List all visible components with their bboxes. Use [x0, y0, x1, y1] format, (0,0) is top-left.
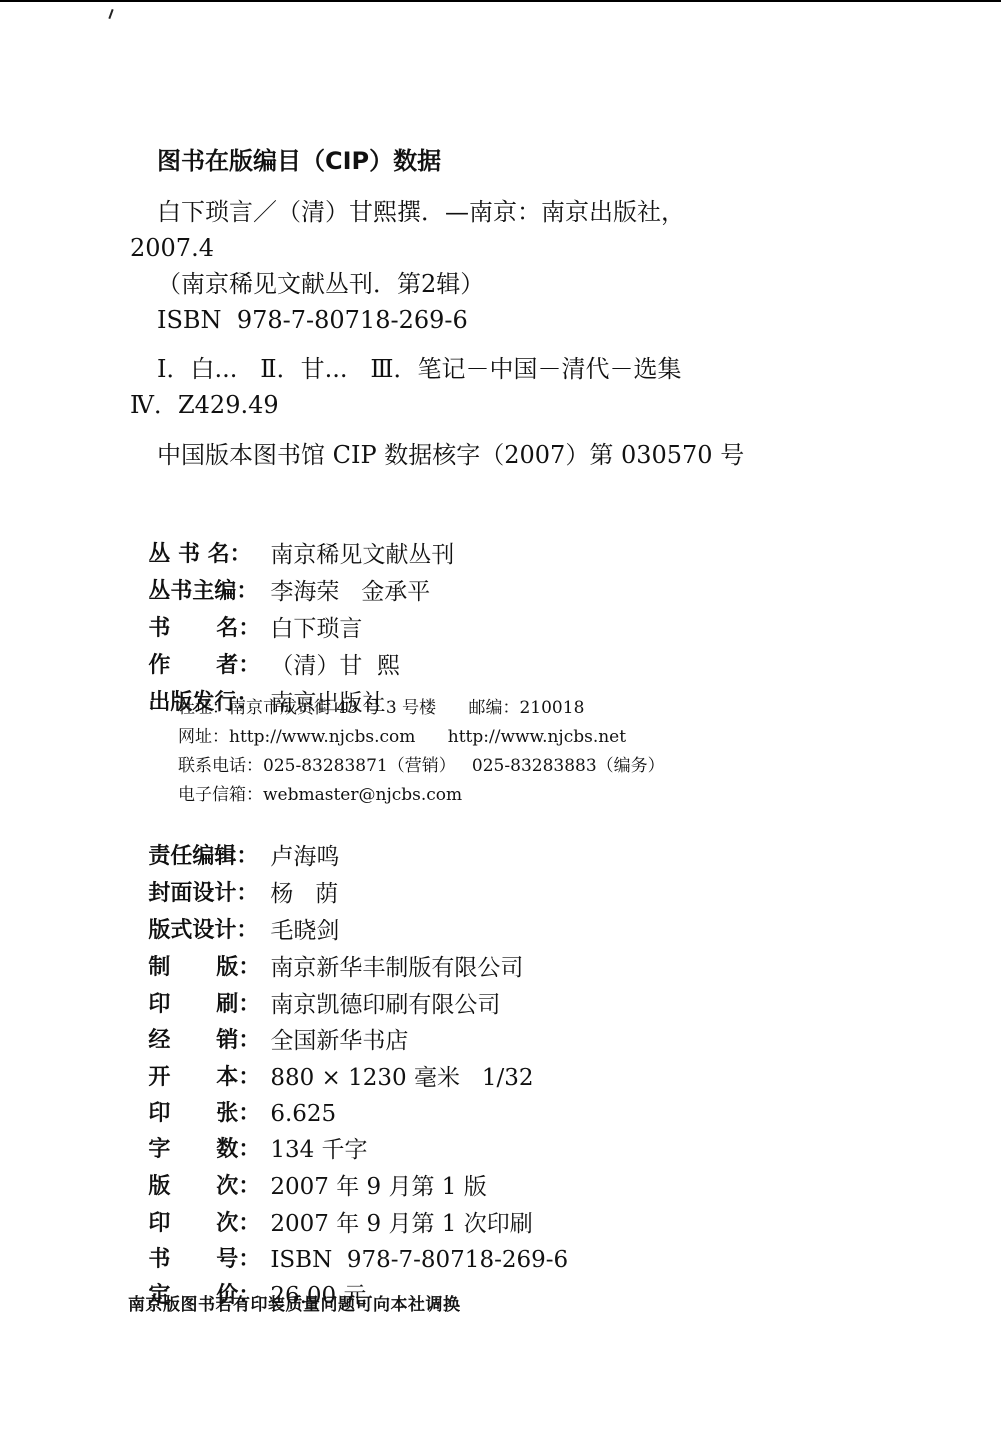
credit-row-editor: 责任编辑：卢海鸣	[128, 812, 339, 842]
scan-mark	[108, 9, 113, 19]
credit-row-layout-design: 版式设计：毛晓剑	[128, 886, 339, 916]
cip-record-number-line: 中国版本图书馆 CIP 数据核字（2007）第 030570 号	[157, 441, 744, 469]
credit-row-price: 定 价：26.00 元	[128, 1251, 367, 1281]
publisher-phone: 联系电话：025-83283871（营销） 025-83283883（编务）	[178, 755, 665, 777]
credit-row-edition: 版 次：2007 年 9 月第 1 版	[128, 1142, 487, 1172]
credit-row-word-count: 字 数：134 千字	[128, 1105, 368, 1135]
credit-row-series-editor: 丛书主编：李海荣 金承平	[128, 547, 430, 577]
credit-row-plate-making: 制 版：南京新华丰制版有限公司	[128, 923, 523, 953]
quality-notice: 南京版图书若有印装质量问题可向本社调换	[128, 1290, 461, 1315]
credit-row-author: 作 者：（清）甘 熙	[128, 621, 400, 651]
publisher-address: 社址：南京市成贤街 43 号 3 号楼 邮编：210018	[178, 697, 584, 719]
cip-call-number-line: Ⅳ．Z429.49	[130, 391, 279, 419]
cip-classification-line: Ⅰ．白... Ⅱ．甘... Ⅲ．笔记－中国－清代－选集	[157, 355, 681, 383]
cip-date-line: 2007.4	[130, 234, 214, 262]
credit-row-isbn: 书 号：ISBN 978-7-80718-269-6	[128, 1215, 568, 1245]
cip-heading: 图书在版编目（CIP）数据	[157, 141, 441, 176]
cip-title-line: 白下琐言／（清）甘熙撰．—南京：南京出版社，	[157, 198, 685, 226]
credit-row-title: 书 名：白下琐言	[128, 584, 362, 614]
credit-row-publisher: 出版发行：南京出版社	[128, 658, 385, 688]
credit-row-impression: 印 次：2007 年 9 月第 1 次印刷	[128, 1179, 533, 1209]
page-top-border	[0, 0, 1001, 2]
credit-row-distribution: 经 销：全国新华书店	[128, 996, 408, 1026]
credit-row-format: 开 本：880 × 1230 毫米 1/32	[128, 1033, 534, 1063]
credit-row-cover-design: 封面设计：杨 荫	[128, 849, 338, 879]
publisher-website: 网址：http://www.njcbs.com http://www.njcbs…	[178, 726, 626, 748]
cip-isbn-line: ISBN 978-7-80718-269-6	[157, 306, 468, 334]
credit-row-sheets: 印 张：6.625	[128, 1069, 336, 1099]
credit-row-printing: 印 刷：南京凯德印刷有限公司	[128, 960, 500, 990]
credit-row-series: 丛 书 名：南京稀见文献丛刊	[128, 510, 454, 540]
publisher-email: 电子信箱：webmaster@njcbs.com	[178, 784, 462, 806]
cip-series-line: （南京稀见文献丛刊．第2辑）	[157, 270, 484, 298]
